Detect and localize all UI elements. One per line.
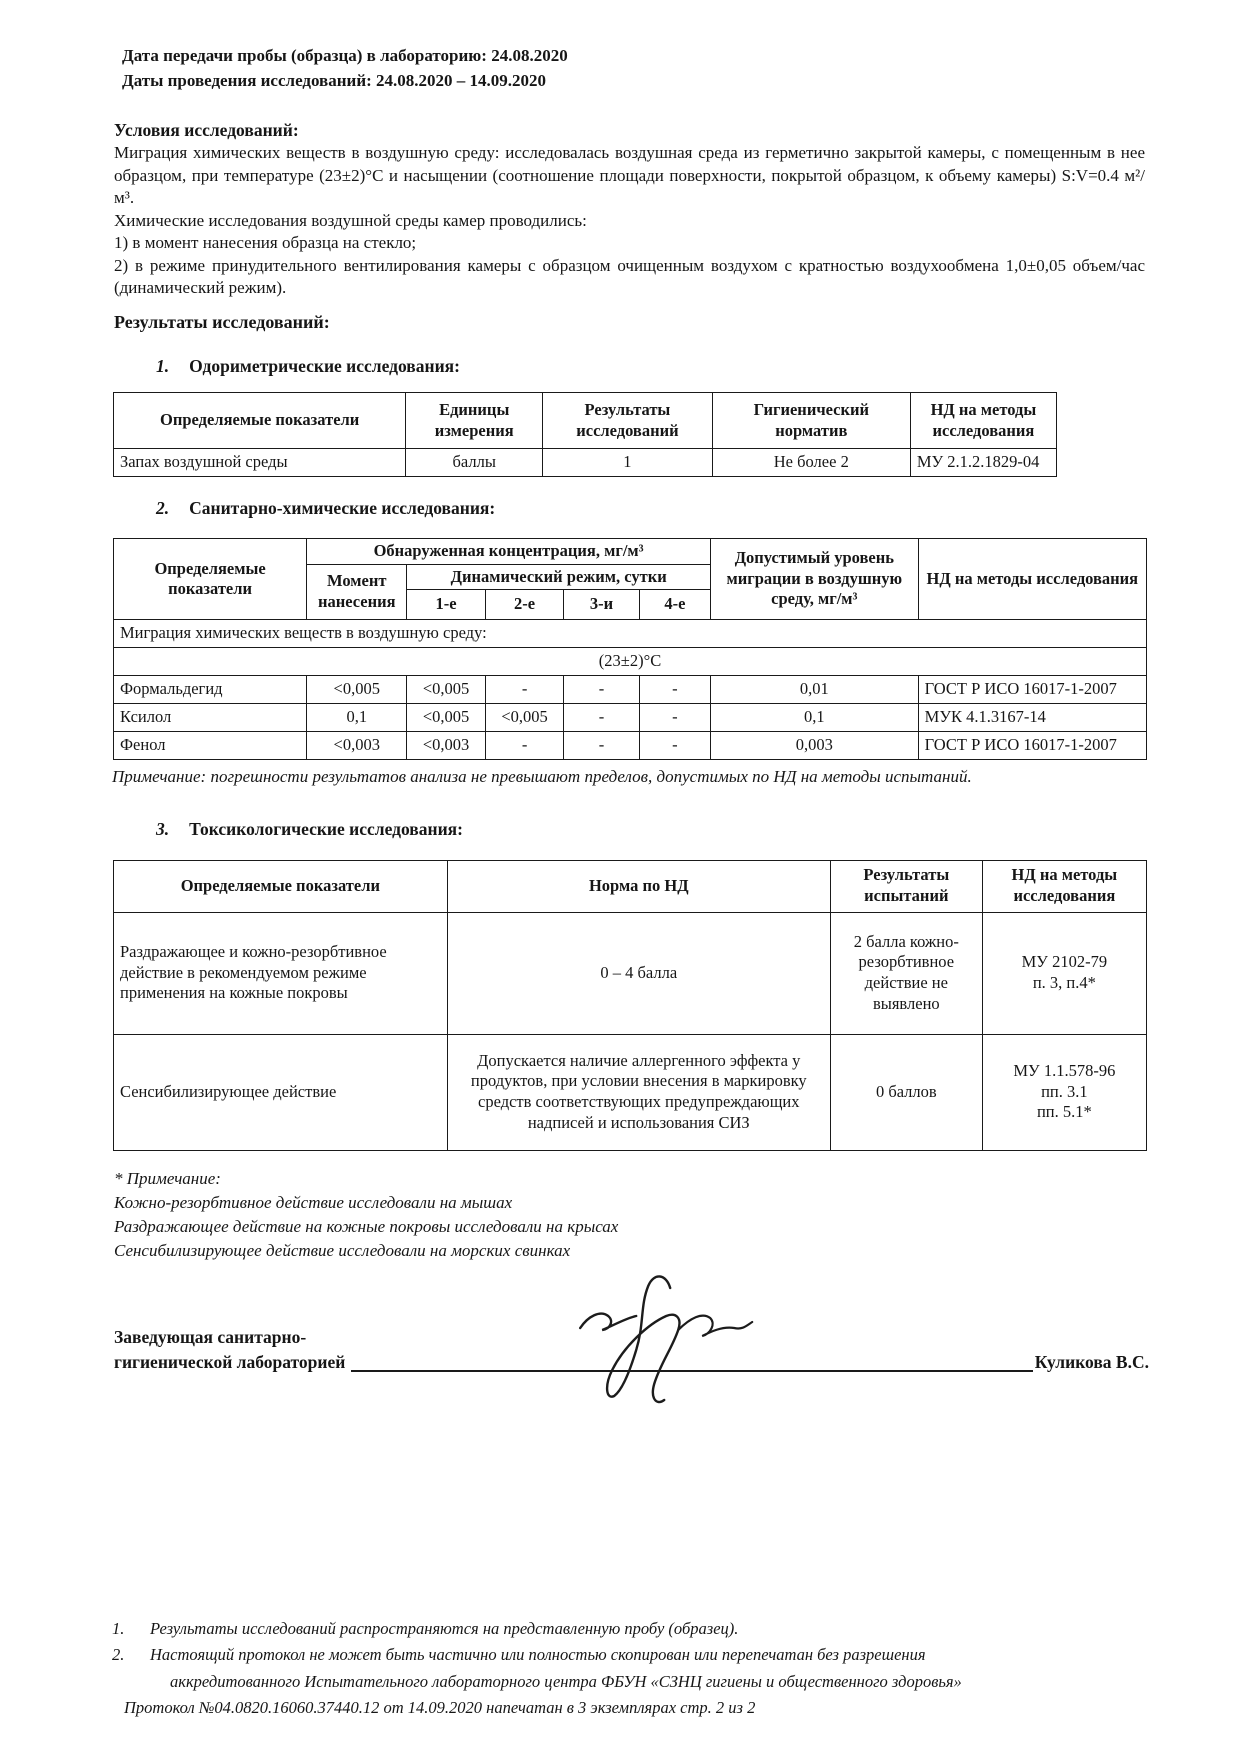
cell-day-4: - bbox=[639, 703, 710, 731]
temperature-row: (23±2)°С bbox=[114, 647, 1147, 675]
temperature-value: (23±2)°С bbox=[114, 647, 1147, 675]
conditions-item-1: 1) в момент нанесения образца на стекло; bbox=[114, 232, 1145, 254]
section-3-heading: 3.Токсикологические исследования: bbox=[156, 818, 1145, 841]
header-cell-day-2: 2-е bbox=[485, 590, 564, 620]
cell-allowed: 0,1 bbox=[711, 703, 919, 731]
table-header-row: Определяемые показатели Норма по НД Резу… bbox=[114, 860, 1147, 912]
cell-day-4: - bbox=[639, 675, 710, 703]
section-2-number: 2. bbox=[156, 498, 169, 518]
conditions-item-2: 2) в режиме принудительного вентилирован… bbox=[114, 255, 1145, 300]
cell-day-3: - bbox=[564, 731, 639, 759]
cell-nd: МУ 2.1.2.1829-04 bbox=[910, 449, 1056, 477]
nd-line: п. 3, п.4* bbox=[989, 973, 1140, 994]
conditions-chemical-line: Химические исследования воздушной среды … bbox=[114, 210, 1145, 232]
signatory-name: Куликова В.С. bbox=[1035, 1351, 1149, 1374]
cell-units: баллы bbox=[406, 449, 543, 477]
asterisk-footnote: * Примечание: Кожно-резорбтивное действи… bbox=[114, 1167, 1145, 1264]
footnote-line: Раздражающее действие на кожные покровы … bbox=[114, 1215, 1145, 1239]
table-row: Сенсибилизирующее действие Допускается н… bbox=[114, 1034, 1147, 1150]
cell-day-1: <0,005 bbox=[407, 703, 486, 731]
section-1-title: Одориметрические исследования: bbox=[189, 356, 460, 376]
header-cell-nd: НД на методы исследования bbox=[982, 860, 1146, 912]
header-cell-results: Результаты исследований bbox=[543, 393, 713, 449]
transfer-date-line: Дата передачи пробы (образца) в лаборато… bbox=[122, 44, 1145, 69]
cell-allowed: 0,003 bbox=[711, 731, 919, 759]
migration-subheader-row: Миграция химических веществ в воздушную … bbox=[114, 620, 1147, 648]
cell-moment: 0,1 bbox=[307, 703, 407, 731]
cell-substance: Фенол bbox=[114, 731, 307, 759]
header-cell-units: Единицы измерения bbox=[406, 393, 543, 449]
cell-day-2: <0,005 bbox=[485, 703, 564, 731]
header-cell-indicators: Определяемые показатели bbox=[114, 539, 307, 620]
footer-item-2: 2. Настоящий протокол не может быть част… bbox=[112, 1642, 1147, 1668]
cell-moment: <0,005 bbox=[307, 675, 407, 703]
nd-line: МУ 2102-79 bbox=[989, 952, 1140, 973]
nd-line: пп. 3.1 bbox=[989, 1082, 1140, 1103]
sanitary-chemical-table: Определяемые показатели Обнаруженная кон… bbox=[113, 538, 1147, 760]
cell-nd: МУК 4.1.3167-14 bbox=[918, 703, 1146, 731]
footer-protocol-line: Протокол №04.0820.16060.37440.12 от 14.0… bbox=[124, 1695, 1147, 1721]
cell-indicator: Раздражающее и кожно-резорбтивное действ… bbox=[114, 912, 448, 1034]
protocol-page: Дата передачи пробы (образца) в лаборато… bbox=[0, 0, 1241, 1755]
section-2-title: Санитарно-химические исследования: bbox=[189, 498, 495, 518]
cell-nd: ГОСТ Р ИСО 16017-1-2007 bbox=[918, 675, 1146, 703]
section-3-title: Токсикологические исследования: bbox=[189, 819, 463, 839]
footnote-title: * Примечание: bbox=[114, 1167, 1145, 1191]
cell-day-2: - bbox=[485, 731, 564, 759]
migration-subheader: Миграция химических веществ в воздушную … bbox=[114, 620, 1147, 648]
header-cell-indicators: Определяемые показатели bbox=[114, 860, 448, 912]
header-cell-norm: Норма по НД bbox=[447, 860, 830, 912]
cell-substance: Формальдегид bbox=[114, 675, 307, 703]
cell-day-1: <0,005 bbox=[407, 675, 486, 703]
signature-line bbox=[351, 1362, 1032, 1372]
cell-day-1: <0,003 bbox=[407, 731, 486, 759]
nd-line: МУ 1.1.578-96 bbox=[989, 1061, 1140, 1082]
document-header: Дата передачи пробы (образца) в лаборато… bbox=[122, 44, 1145, 93]
signatory-role: Заведующая санитарно- гигиенической лабо… bbox=[114, 1325, 345, 1376]
table-header-row: Определяемые показатели Единицы измерени… bbox=[114, 393, 1057, 449]
cell-result: 0 баллов bbox=[830, 1034, 982, 1150]
cell-day-2: - bbox=[485, 675, 564, 703]
results-title: Результаты исследований: bbox=[114, 311, 1145, 335]
table-row: Запах воздушной среды баллы 1 Не более 2… bbox=[114, 449, 1057, 477]
cell-indicator: Сенсибилизирующее действие bbox=[114, 1034, 448, 1150]
table-header-row: Определяемые показатели Обнаруженная кон… bbox=[114, 539, 1147, 565]
cell-result: 2 балла кожно-резорбтивное действие не в… bbox=[830, 912, 982, 1034]
section-3-number: 3. bbox=[156, 819, 169, 839]
cell-moment: <0,003 bbox=[307, 731, 407, 759]
header-cell-nd: НД на методы исследования bbox=[910, 393, 1056, 449]
section-1-number: 1. bbox=[156, 356, 169, 376]
table-row: Ксилол 0,1 <0,005 <0,005 - - 0,1 МУК 4.1… bbox=[114, 703, 1147, 731]
cell-day-3: - bbox=[564, 703, 639, 731]
section-1-heading: 1.Одориметрические исследования: bbox=[156, 355, 1145, 378]
page-footer: 1. Результаты исследований распространяю… bbox=[112, 1616, 1147, 1722]
toxicological-table: Определяемые показатели Норма по НД Резу… bbox=[113, 860, 1147, 1151]
footer-item-2-number: 2. bbox=[112, 1642, 150, 1668]
header-cell-indicators: Определяемые показатели bbox=[114, 393, 406, 449]
cell-nd: МУ 1.1.578-96 пп. 3.1 пп. 5.1* bbox=[982, 1034, 1146, 1150]
odorimetric-table: Определяемые показатели Единицы измерени… bbox=[113, 392, 1057, 477]
cell-result: 1 bbox=[543, 449, 713, 477]
header-cell-nd: НД на методы исследования bbox=[918, 539, 1146, 620]
cell-norm: Не более 2 bbox=[712, 449, 910, 477]
header-cell-test-results: Результаты испытаний bbox=[830, 860, 982, 912]
cell-norm: 0 – 4 балла bbox=[447, 912, 830, 1034]
table-row: Формальдегид <0,005 <0,005 - - - 0,01 ГО… bbox=[114, 675, 1147, 703]
header-cell-day-4: 4-е bbox=[639, 590, 710, 620]
footer-item-1-number: 1. bbox=[112, 1616, 150, 1642]
header-cell-dynamic-mode: Динамический режим, сутки bbox=[407, 564, 711, 590]
table2-note: Примечание: погрешности результатов анал… bbox=[112, 766, 1145, 789]
cell-allowed: 0,01 bbox=[711, 675, 919, 703]
header-cell-moment: Момент нанесения bbox=[307, 564, 407, 620]
header-cell-allowed-level: Допустимый уровень миграции в воздушную … bbox=[711, 539, 919, 620]
research-dates-line: Даты проведения исследований: 24.08.2020… bbox=[122, 69, 1145, 94]
conditions-title: Условия исследований: bbox=[114, 119, 1145, 142]
footnote-line: Кожно-резорбтивное действие исследовали … bbox=[114, 1191, 1145, 1215]
footer-item-1-text: Результаты исследований распространяются… bbox=[150, 1616, 1147, 1642]
signature-block: Заведующая санитарно- гигиенической лабо… bbox=[114, 1325, 1149, 1376]
nd-line: пп. 5.1* bbox=[989, 1102, 1140, 1123]
footer-item-2-continuation: аккредитованного Испытательного лаборато… bbox=[170, 1669, 1147, 1695]
cell-norm: Допускается наличие аллергенного эффекта… bbox=[447, 1034, 830, 1150]
header-cell-concentration: Обнаруженная концентрация, мг/м³ bbox=[307, 539, 711, 565]
footer-item-1: 1. Результаты исследований распространяю… bbox=[112, 1616, 1147, 1642]
cell-day-3: - bbox=[564, 675, 639, 703]
signatory-role-line-2: гигиенической лабораторией bbox=[114, 1350, 345, 1375]
cell-nd: ГОСТ Р ИСО 16017-1-2007 bbox=[918, 731, 1146, 759]
cell-day-4: - bbox=[639, 731, 710, 759]
footer-item-2-text: Настоящий протокол не может быть частичн… bbox=[150, 1642, 1147, 1668]
signatory-role-line-1: Заведующая санитарно- bbox=[114, 1325, 345, 1350]
header-cell-norm: Гигиенический норматив bbox=[712, 393, 910, 449]
footnote-line: Сенсибилизирующее действие исследовали н… bbox=[114, 1239, 1145, 1263]
section-2-heading: 2.Санитарно-химические исследования: bbox=[156, 497, 1145, 520]
conditions-paragraph: Миграция химических веществ в воздушную … bbox=[114, 142, 1145, 209]
header-cell-day-3: 3-и bbox=[564, 590, 639, 620]
cell-indicator: Запах воздушной среды bbox=[114, 449, 406, 477]
cell-substance: Ксилол bbox=[114, 703, 307, 731]
table-row: Раздражающее и кожно-резорбтивное действ… bbox=[114, 912, 1147, 1034]
header-cell-day-1: 1-е bbox=[407, 590, 486, 620]
signature-stroke bbox=[574, 1266, 764, 1416]
cell-nd: МУ 2102-79 п. 3, п.4* bbox=[982, 912, 1146, 1034]
table-row: Фенол <0,003 <0,003 - - - 0,003 ГОСТ Р И… bbox=[114, 731, 1147, 759]
